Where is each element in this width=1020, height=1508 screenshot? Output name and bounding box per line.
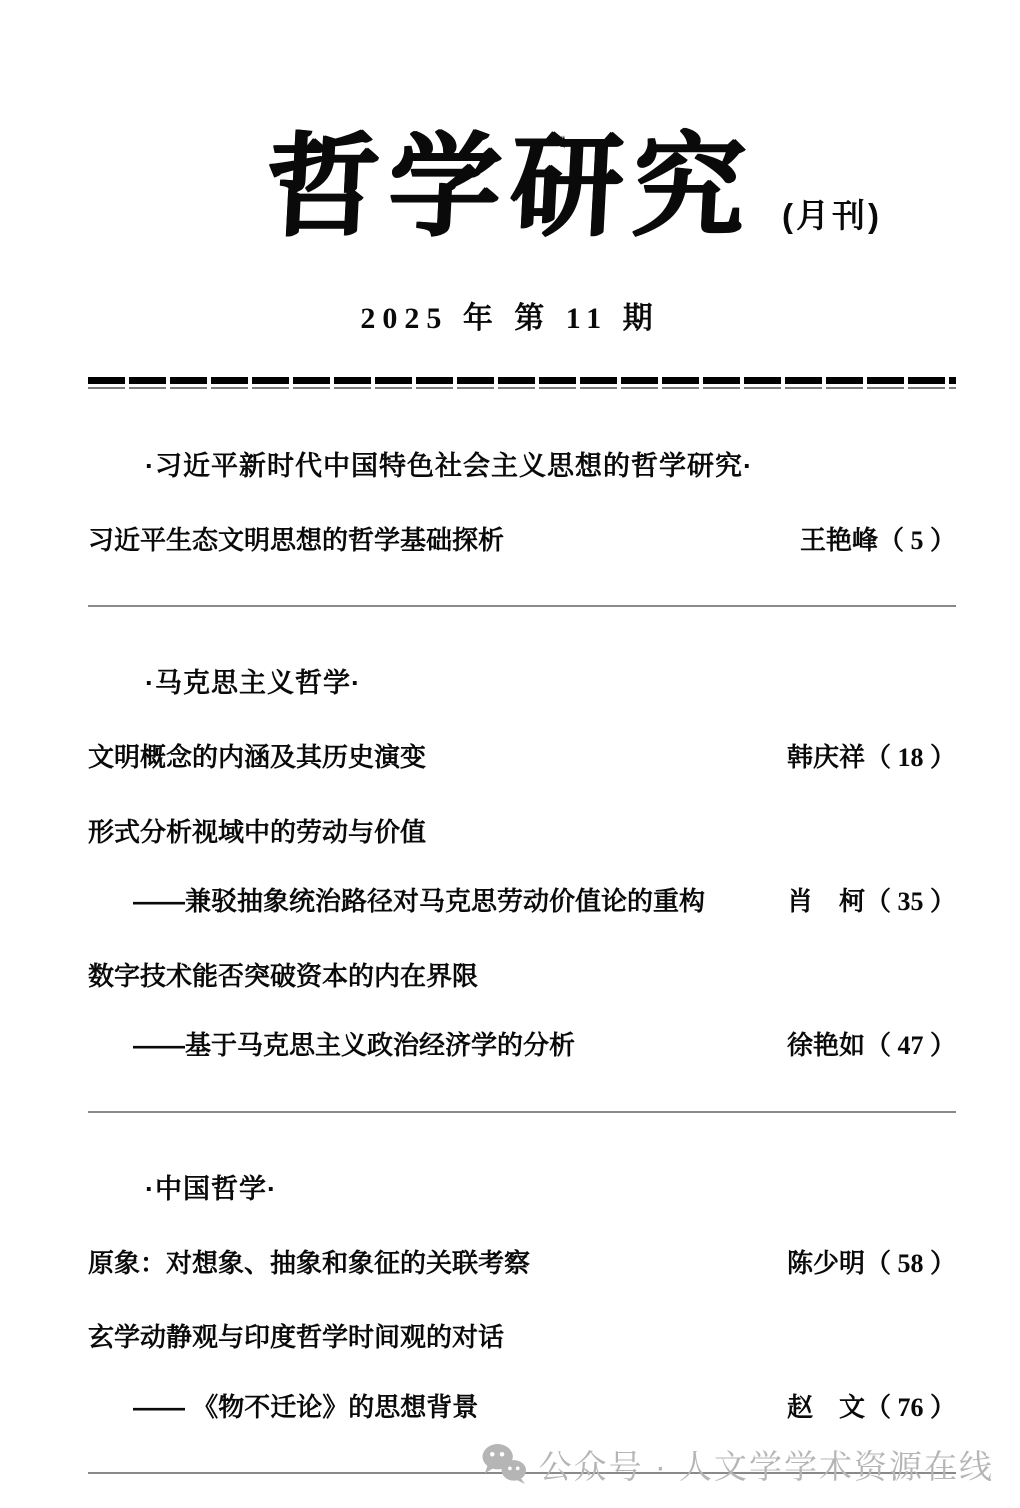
page-number: （ 76 ） — [865, 1393, 956, 1422]
wechat-icon — [481, 1443, 528, 1486]
watermark-footer: 公众号 · 人文学学术资源在线 — [481, 1441, 994, 1488]
toc-entry: 形式分析视域中的劳动与价值——兼驳抽象统治路径对马克思劳动价值论的重构肖 柯（ … — [88, 816, 956, 919]
entry-title-line: 玄学动静观与印度哲学时间观的对话 — [88, 1321, 956, 1354]
article-title: 数字技术能否突破资本的内在界限 — [88, 960, 478, 993]
monthly-label: (月刊) — [782, 190, 882, 237]
section-heading: ·马克思主义哲学· — [145, 661, 956, 700]
author-name: 徐艳如 — [787, 1030, 865, 1060]
journal-title-block: 哲学研究 (月刊) — [266, 128, 754, 249]
article-subtitle: —— 《物不迁论》的思想背景 — [88, 1391, 478, 1424]
article-subtitle: ——兼驳抽象统治路径对马克思劳动价值论的重构 — [88, 885, 705, 918]
author-page: 肖 柯（ 35 ） — [767, 885, 956, 919]
entry-title-line: 习近平生态文明思想的哲学基础探析王艳峰（ 5 ） — [88, 524, 956, 558]
table-of-contents: ·习近平新时代中国特色社会主义思想的哲学研究·习近平生态文明思想的哲学基础探析王… — [0, 444, 1020, 1475]
entry-subtitle-line: ——基于马克思主义政治经济学的分析徐艳如（ 47 ） — [88, 1029, 956, 1063]
watermark-text: 公众号 · 人文学学术资源在线 — [539, 1441, 994, 1488]
page-number: （ 18 ） — [865, 743, 956, 772]
article-subtitle: ——基于马克思主义政治经济学的分析 — [88, 1029, 575, 1062]
article-title: 玄学动静观与印度哲学时间观的对话 — [88, 1321, 504, 1354]
masthead: 哲学研究 (月刊) 2025 年 第 11 期 — [0, 0, 1020, 337]
toc-entry: 原象：对想象、抽象和象征的关联考察陈少明（ 58 ） — [88, 1247, 956, 1281]
section-heading: ·习近平新时代中国特色社会主义思想的哲学研究· — [145, 444, 956, 483]
issue-line: 2025 年 第 11 期 — [0, 293, 1020, 337]
author-page: 徐艳如（ 47 ） — [767, 1029, 956, 1063]
author-page: 韩庆祥（ 18 ） — [767, 741, 956, 775]
journal-contents-page: 哲学研究 (月刊) 2025 年 第 11 期 ·习近平新时代中国特色社会主义思… — [0, 0, 1020, 1508]
author-name: 陈少明 — [787, 1248, 865, 1278]
section-divider-rule — [88, 605, 956, 607]
author-page: 赵 文（ 76 ） — [767, 1391, 956, 1425]
entry-title-line: 原象：对想象、抽象和象征的关联考察陈少明（ 58 ） — [88, 1247, 956, 1281]
author-name: 肖 柯 — [787, 886, 865, 916]
author-page: 王艳峰（ 5 ） — [780, 524, 956, 558]
toc-entry: 习近平生态文明思想的哲学基础探析王艳峰（ 5 ） — [88, 524, 956, 558]
toc-entry: 玄学动静观与印度哲学时间观的对话—— 《物不迁论》的思想背景赵 文（ 76 ） — [88, 1321, 956, 1424]
toc-entry: 数字技术能否突破资本的内在界限——基于马克思主义政治经济学的分析徐艳如（ 47 … — [88, 960, 956, 1063]
page-number: （ 58 ） — [865, 1249, 956, 1278]
page-number: （ 47 ） — [865, 1031, 956, 1060]
toc-entry: 文明概念的内涵及其历史演变韩庆祥（ 18 ） — [88, 741, 956, 775]
article-title: 文明概念的内涵及其历史演变 — [88, 741, 426, 774]
journal-title-calligraphy: 哲学研究 — [263, 128, 757, 249]
section-heading: ·中国哲学· — [145, 1167, 956, 1206]
author-name: 王艳峰 — [800, 525, 878, 555]
author-page: 陈少明（ 58 ） — [767, 1247, 956, 1281]
page-number: （ 35 ） — [865, 887, 956, 916]
author-name: 韩庆祥 — [787, 742, 865, 772]
author-name: 赵 文 — [787, 1392, 865, 1422]
article-title: 习近平生态文明思想的哲学基础探析 — [88, 524, 504, 557]
double-dashed-rule — [88, 377, 956, 390]
section-divider-rule — [88, 1111, 956, 1113]
article-title: 形式分析视域中的劳动与价值 — [88, 816, 426, 849]
entry-title-line: 数字技术能否突破资本的内在界限 — [88, 960, 956, 993]
entry-subtitle-line: —— 《物不迁论》的思想背景赵 文（ 76 ） — [88, 1391, 956, 1425]
page-number: （ 5 ） — [878, 526, 956, 555]
article-title: 原象：对想象、抽象和象征的关联考察 — [88, 1247, 530, 1280]
entry-title-line: 形式分析视域中的劳动与价值 — [88, 816, 956, 849]
entry-title-line: 文明概念的内涵及其历史演变韩庆祥（ 18 ） — [88, 741, 956, 775]
entry-subtitle-line: ——兼驳抽象统治路径对马克思劳动价值论的重构肖 柯（ 35 ） — [88, 885, 956, 919]
